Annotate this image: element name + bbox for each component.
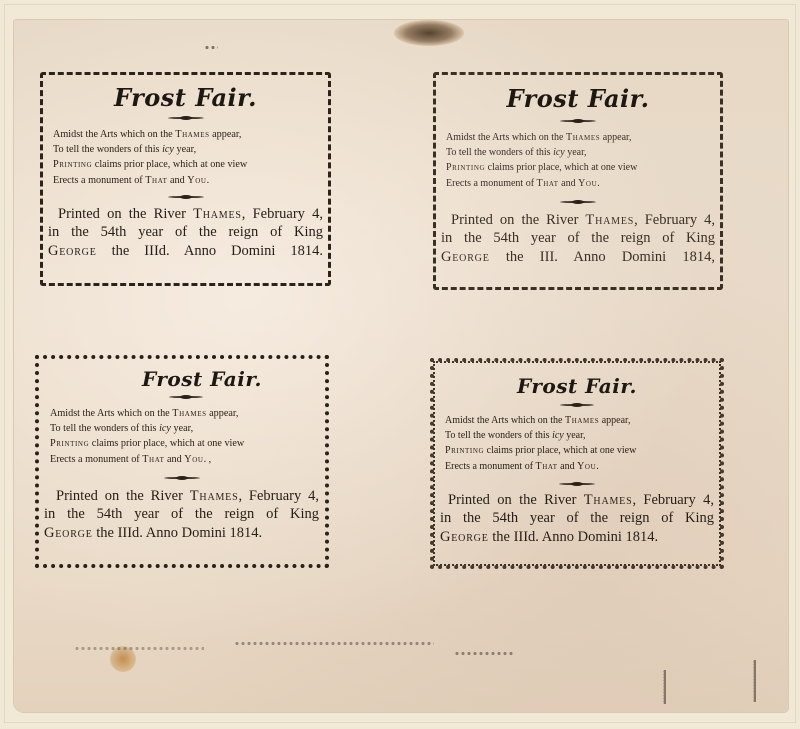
verse-line-2: To tell the wonders of this icy year,: [53, 142, 331, 157]
verse: Amidst the Arts which on the Thames appe…: [53, 127, 331, 188]
frost-fair-card-bottom-right: Frost Fair. Amidst the Arts which on the…: [430, 358, 724, 569]
imprint: Printed on the River Thames, February 4,…: [48, 205, 323, 261]
imprint-line-2: in the 54th year of the reign of King: [441, 229, 715, 248]
ornament-rule: [560, 120, 596, 122]
ornament-rule: [169, 396, 203, 398]
verse: Amidst the Arts which on the Thames appe…: [50, 406, 329, 467]
verse-line-4: Erects a monument of That and You. ,: [50, 452, 329, 467]
imprint-line-1: Printed on the River Thames, February 4,: [48, 205, 323, 224]
verse-line-1: Amidst the Arts which on the Thames appe…: [53, 127, 331, 142]
imprint-line-3: George the IIId. Anno Domini 1814.: [44, 524, 319, 543]
verse-line-3: Printing claims prior place, which at on…: [53, 157, 331, 172]
verse-line-4: Erects a monument of That and You.: [446, 176, 723, 191]
card-title: Frost Fair.: [75, 369, 329, 389]
frost-fair-card-bottom-left: Frost Fair. Amidst the Arts which on the…: [35, 355, 329, 568]
imprint-line-1: Printed on the River Thames, February 4,: [44, 487, 319, 506]
ornament-rule: [168, 196, 204, 198]
verse-line-2: To tell the wonders of this icy year,: [50, 421, 329, 436]
ring-chain-border: [430, 358, 724, 569]
verse-line-1: Amidst the Arts which on the Thames appe…: [50, 406, 329, 421]
frost-fair-card-top-left: Frost Fair. Amidst the Arts which on the…: [40, 72, 331, 286]
imprint-line-2: in the 54th year of the reign of King: [48, 223, 323, 242]
imprint-line-2: in the 54th year of the reign of King: [44, 505, 319, 524]
imprint-line-3: George the III. Anno Domini 1814,: [441, 248, 715, 267]
verse-line-3: Printing claims prior place, which at on…: [50, 436, 329, 451]
card-title: Frost Fair.: [40, 86, 331, 110]
frost-fair-card-top-right: Frost Fair. Amidst the Arts which on the…: [433, 72, 723, 290]
ornament-rule: [164, 477, 200, 479]
verse-line-2: To tell the wonders of this icy year,: [446, 145, 723, 160]
ink-stain-top: [394, 20, 464, 46]
ornament-rule: [168, 117, 204, 119]
offset-trace: [752, 660, 756, 702]
offset-trace: [74, 647, 204, 650]
ink-speck: [204, 46, 218, 49]
imprint: Printed on the River Thames, February 4,…: [44, 487, 319, 543]
imprint: Printed on the River Thames, February 4,…: [441, 211, 715, 267]
imprint-line-3: George the IIId. Anno Domini 1814.: [48, 242, 323, 261]
verse-line-3: Printing claims prior place, which at on…: [446, 160, 723, 175]
verse: Amidst the Arts which on the Thames appe…: [446, 130, 723, 191]
verse-line-1: Amidst the Arts which on the Thames appe…: [446, 130, 723, 145]
ornament-rule: [560, 201, 596, 203]
card-title: Frost Fair.: [433, 87, 723, 111]
offset-trace: [234, 642, 434, 645]
verse-line-4: Erects a monument of That and You.: [53, 173, 331, 188]
ornament-rule: [560, 404, 594, 406]
ornament-rule: [559, 483, 595, 485]
imprint-line-1: Printed on the River Thames, February 4,: [441, 211, 715, 230]
offset-trace: [662, 670, 666, 704]
offset-trace: [454, 652, 514, 655]
